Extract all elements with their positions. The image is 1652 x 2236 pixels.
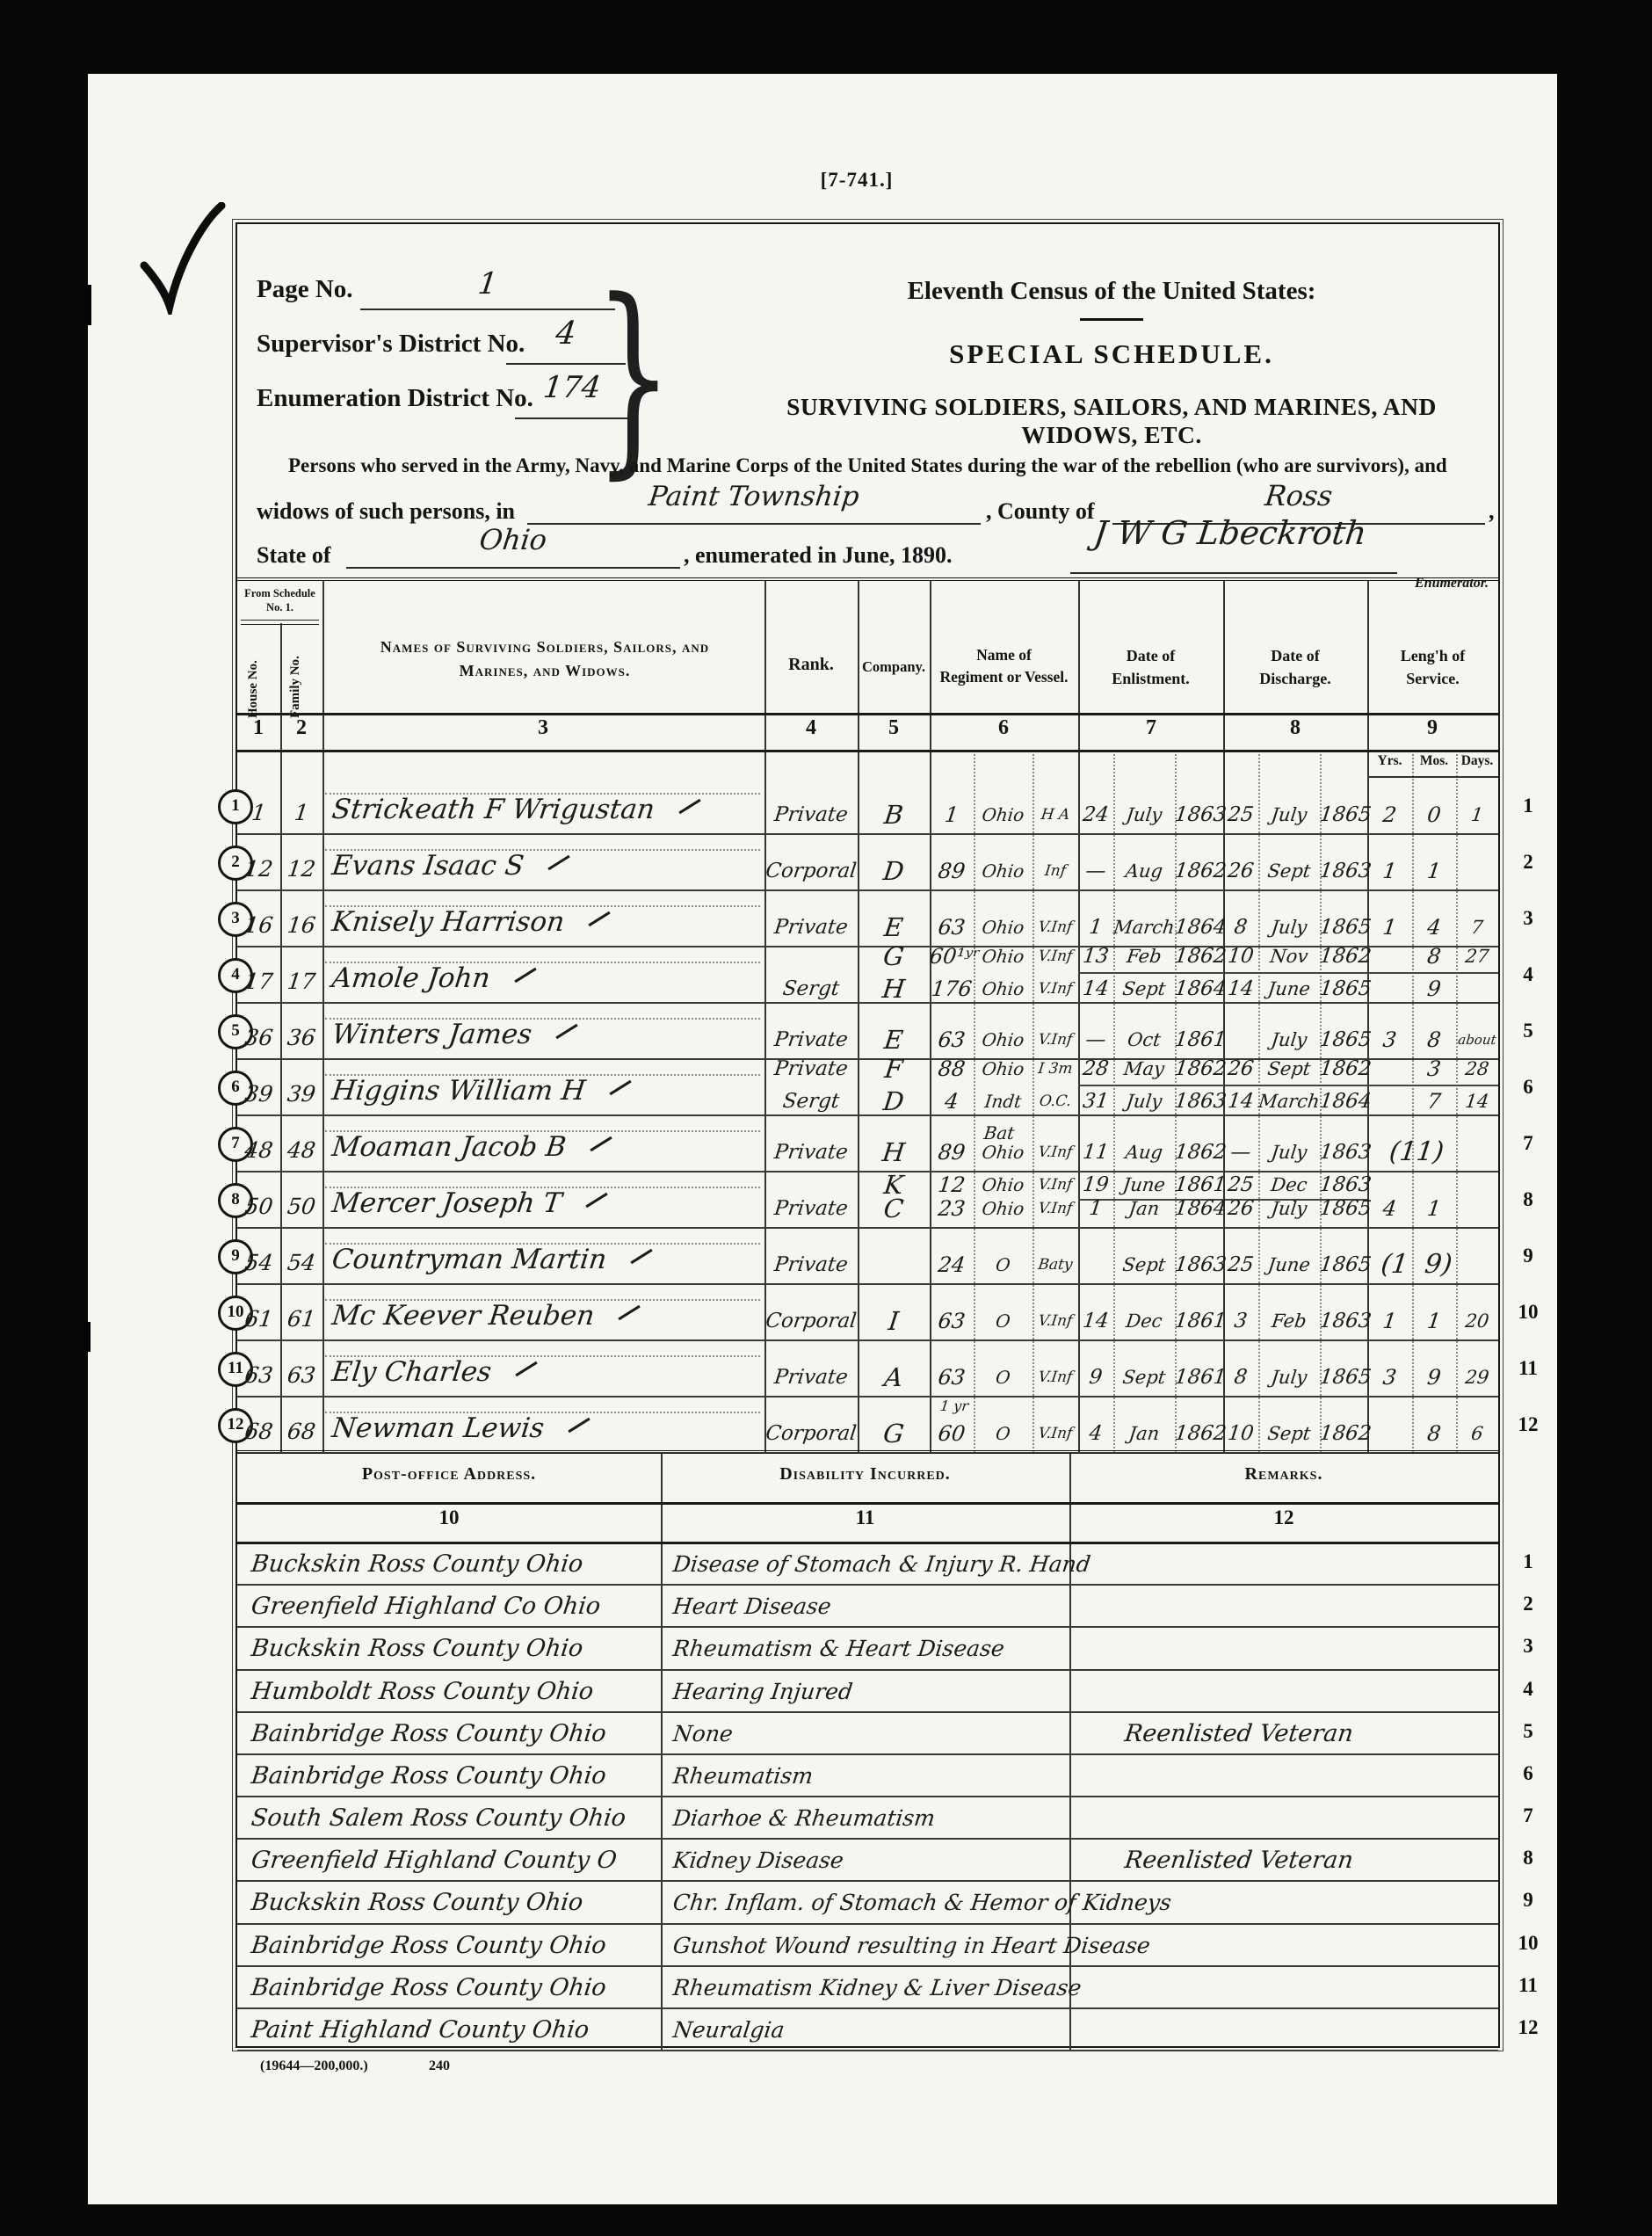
row-rule	[237, 1396, 1498, 1397]
cell-ey: 1862	[1173, 940, 1225, 972]
house-no-label: House No.	[246, 630, 261, 718]
cell-co: E	[856, 1024, 931, 1056]
cell-rst: Ohio	[972, 855, 1034, 887]
cell-days: 20	[1454, 1305, 1500, 1337]
address-cell: Greenfield Highland County O	[250, 1843, 658, 1878]
cell-dy: 1865	[1318, 973, 1369, 1005]
veteran-name-cell: Countryman Martin	[332, 1239, 763, 1280]
cell-rty: I 3m	[1031, 1053, 1080, 1085]
cell-ey: 1862	[1173, 1136, 1225, 1168]
row-number-right: 1	[1511, 795, 1546, 821]
veteran-name: Evans Isaac S	[330, 846, 526, 886]
address-cell: South Salem Ross County Ohio	[250, 1801, 658, 1836]
cell-co: D	[856, 855, 931, 887]
disability-cell: Gunshot Wound resulting in Heart Disease	[671, 1928, 1068, 1964]
veteran-name: Strickeath F Wrigustan	[330, 789, 657, 830]
cell-rno: 88	[928, 1053, 975, 1085]
cell-em: Jan	[1112, 1193, 1177, 1224]
row-number-right: 6	[1511, 1762, 1546, 1789]
cell-co: A	[856, 1361, 931, 1393]
pen-tick-mark	[568, 1418, 590, 1433]
cell-mos: 4	[1410, 911, 1458, 943]
cell-co: G	[856, 940, 931, 972]
header-rule	[237, 713, 1498, 715]
cell-yrs: 4	[1366, 1193, 1414, 1224]
cell-dm: June	[1257, 973, 1322, 1005]
cell-em: Jan	[1112, 1418, 1177, 1449]
row-rule	[237, 1965, 1498, 1967]
row-rule	[237, 1753, 1498, 1755]
discharge-col-label-1: Date of	[1271, 647, 1319, 664]
cell-dm: July	[1257, 911, 1322, 943]
title-block: Eleventh Census of the United States: SP…	[729, 277, 1494, 449]
pen-tick-mark	[678, 799, 700, 814]
cell-mos: 8	[1410, 1418, 1458, 1449]
form-code: [7-741.]	[725, 169, 989, 192]
cell-rank: Private	[763, 1193, 859, 1224]
house-number: 50	[235, 1190, 283, 1223]
family-number: 1	[279, 796, 325, 830]
cell-co: B	[856, 799, 931, 831]
address-cell: Bainbridge Ross County Ohio	[250, 1971, 658, 2006]
header-rule	[237, 1542, 1498, 1544]
veteran-name: Mc Keever Reuben	[330, 1296, 597, 1336]
cell-rst: O	[972, 1361, 1034, 1393]
enumerated-label: , enumerated in June, 1890.	[684, 542, 953, 569]
cell-rno: 63	[928, 1361, 975, 1393]
title-divider	[1080, 318, 1143, 321]
family-number: 36	[279, 1021, 325, 1055]
house-number: 1	[235, 796, 283, 830]
row-rule	[237, 1796, 1498, 1797]
remarks-col-label: Remarks.	[1069, 1464, 1498, 1485]
row-number-right: 5	[1511, 1720, 1546, 1746]
address-cell: Bainbridge Ross County Ohio	[250, 1759, 658, 1794]
cell-dy: 1865	[1318, 1193, 1369, 1224]
intro-line2-label: widows of such persons, in	[257, 498, 515, 525]
remarks-cell: Reenlisted Veteran	[1123, 1843, 1496, 1878]
cell-mos: 1	[1410, 1305, 1458, 1337]
row-rule	[237, 1626, 1498, 1628]
cell-days: 7	[1454, 911, 1500, 943]
pen-tick-mark	[631, 1249, 653, 1264]
supervisor-district-label: Supervisor's District No.	[257, 330, 525, 359]
col-number-4: 4	[785, 716, 837, 740]
cell-rty: V.Inf	[1031, 1024, 1080, 1056]
cell-dd: 10	[1221, 940, 1260, 972]
cell-dm: Sept	[1257, 855, 1322, 887]
cell-rno: 63	[928, 1305, 975, 1337]
cell-em: Oct	[1112, 1024, 1177, 1056]
veteran-name: Newman Lewis	[330, 1408, 547, 1448]
disability-cell: Rheumatism Kidney & Liver Disease	[671, 1971, 1068, 2006]
names-col-label: Names of Surviving Soldiers, Sailors, an…	[351, 635, 738, 683]
cell-ed: 11	[1076, 1136, 1115, 1168]
cell-rty: V.Inf	[1031, 1418, 1080, 1449]
cell-mos: 9	[1410, 973, 1458, 1005]
disability-cell: Neuralgia	[671, 2013, 1068, 2048]
cell-dm: Sept	[1257, 1053, 1322, 1085]
cell-rty: V.Inf	[1031, 1193, 1080, 1224]
row-number-right: 7	[1511, 1804, 1546, 1831]
row-rule	[237, 1923, 1498, 1925]
cell-rty: V.Inf	[1031, 911, 1080, 943]
veteran-name: Winters James	[330, 1014, 534, 1055]
row-rule	[237, 1227, 1498, 1229]
disability-cell: Chr. Inflam. of Stomach & Hemor of Kidne…	[671, 1885, 1068, 1920]
cell-ed: 31	[1076, 1085, 1115, 1117]
cell-rank: Private	[763, 911, 859, 943]
cell-dy: 1862	[1318, 940, 1369, 972]
cell-days: 29	[1454, 1361, 1500, 1393]
cell-rno: 63	[928, 1024, 975, 1056]
rank-col-label: Rank.	[764, 655, 858, 675]
row-rule	[237, 1669, 1498, 1671]
family-number: 17	[279, 965, 325, 998]
cell-em: Dec	[1112, 1305, 1177, 1337]
document-page: [7-741.] Page No. 1 Supervisor's Distric…	[88, 74, 1557, 2204]
cell-co: G	[856, 1418, 931, 1449]
service-table: From Schedule No. 1. House No. Family No…	[237, 577, 1498, 1452]
col-number-6: 6	[977, 716, 1030, 740]
row-number-right: 4	[1511, 963, 1546, 990]
cell-rty: V.Inf	[1031, 1136, 1080, 1168]
cell-dy: 1862	[1318, 1053, 1369, 1085]
cell-ey: 1861	[1173, 1361, 1225, 1393]
row-number-right: 8	[1511, 1188, 1546, 1215]
row-number-right: 9	[1511, 1889, 1546, 1915]
cell-mos: 1	[1410, 1193, 1458, 1224]
cell-service-span: (1 9)	[1366, 1249, 1467, 1281]
cell-rst: Ohio	[972, 1193, 1034, 1224]
row-rule	[237, 1880, 1498, 1882]
cell-dy: 1865	[1318, 799, 1369, 831]
cell-rst: O	[972, 1418, 1034, 1449]
checkmark-annotation	[130, 202, 228, 315]
cell-ey: 1862	[1173, 1418, 1225, 1449]
row-number-right: 7	[1511, 1132, 1546, 1158]
cell-co: H	[856, 1136, 931, 1168]
cell-dm: July	[1257, 799, 1322, 831]
col-number-9: 9	[1406, 716, 1459, 740]
veteran-name-cell: Winters James	[332, 1014, 763, 1055]
address-cell: Paint Highland County Ohio	[250, 2013, 658, 2048]
cell-rst: Ohio	[972, 1053, 1034, 1085]
cell-rank: Private	[763, 1361, 859, 1393]
cell-yrs: 3	[1366, 1361, 1414, 1393]
township-value: Paint Township	[525, 481, 982, 512]
cell-co: H	[856, 973, 931, 1005]
house-number: 16	[235, 909, 283, 942]
cell-dy: 1862	[1318, 1418, 1369, 1449]
pen-tick-mark	[547, 855, 569, 870]
col-number-2: 2	[275, 716, 328, 740]
cell-rst: Ohio	[972, 940, 1034, 972]
cell-dd: 10	[1221, 1418, 1260, 1449]
trailing-comma: ,	[1489, 498, 1495, 525]
cell-days: 6	[1454, 1418, 1500, 1449]
row-number-right: 6	[1511, 1076, 1546, 1102]
cell-rty: V.Inf	[1031, 1361, 1080, 1393]
pen-tick-mark	[619, 1305, 641, 1320]
intro-line1: Persons who served in the Army, Navy, an…	[288, 454, 1483, 477]
veteran-name: Knisely Harrison	[330, 902, 567, 942]
state-value: Ohio	[344, 523, 683, 556]
house-number: 12	[235, 853, 283, 886]
cell-dy: 1865	[1318, 1249, 1369, 1281]
county-value: Ross	[1111, 479, 1488, 512]
veteran-name: Moaman Jacob B	[330, 1127, 569, 1167]
veteran-name: Countryman Martin	[330, 1239, 609, 1280]
cell-ey: 1863	[1173, 1249, 1225, 1281]
row-number-right: 12	[1511, 1413, 1546, 1440]
cell-yrs: 1	[1366, 1305, 1414, 1337]
cell-co: F	[856, 1053, 931, 1085]
disability-cell: Diarhoe & Rheumatism	[671, 1801, 1068, 1836]
cell-days: 14	[1454, 1085, 1500, 1117]
cell-rst: Ohio	[972, 911, 1034, 943]
service-col-label: Leng'h of Service.	[1367, 644, 1498, 690]
family-number: 16	[279, 909, 325, 942]
cell-rst: O	[972, 1249, 1034, 1281]
cell-em: March	[1112, 911, 1177, 943]
cell-ey: 1864	[1173, 911, 1225, 943]
cell-dm: July	[1257, 1193, 1322, 1224]
cell-em: Aug	[1112, 1136, 1177, 1168]
cell-dy: 1865	[1318, 1361, 1369, 1393]
cell-rst: Ohio	[972, 1024, 1034, 1056]
row-number-right: 2	[1511, 851, 1546, 877]
cell-dd: 25	[1221, 1249, 1260, 1281]
cell-dd: 8	[1221, 911, 1260, 943]
cell-rank: Corporal	[763, 1418, 859, 1449]
cell-dm: Sept	[1257, 1418, 1322, 1449]
subject-title: SURVIVING SOLDIERS, SAILORS, AND MARINES…	[729, 393, 1494, 449]
pen-tick-mark	[555, 1024, 577, 1039]
service-col-label-1: Leng'h of	[1401, 647, 1466, 664]
cell-rno: 89	[928, 855, 975, 887]
address-table: Post-office Address. Disability Incurred…	[237, 1450, 1498, 2050]
cell-rst: Ohio	[972, 799, 1034, 831]
cell-dd: 3	[1221, 1305, 1260, 1337]
disability-cell: Disease of Stomach & Injury R. Hand	[671, 1547, 1068, 1582]
cell-dd: 26	[1221, 1193, 1260, 1224]
regiment-col-label: Name of Regiment or Vessel.	[930, 644, 1078, 688]
row-rule	[237, 1711, 1498, 1713]
cell-dy: 1865	[1318, 1024, 1369, 1056]
cell-days: about	[1454, 1024, 1500, 1056]
service-col-label-2: Service.	[1406, 670, 1459, 687]
row-number-right: 11	[1511, 1357, 1546, 1383]
cell-yrs: 1	[1366, 911, 1414, 943]
service-subheader-rule	[1367, 776, 1498, 778]
cell-ey: 1861	[1173, 1024, 1225, 1056]
pen-tick-mark	[590, 1136, 612, 1151]
cell-dm: June	[1257, 1249, 1322, 1281]
disability-cell: None	[671, 1717, 1068, 1752]
address-cell: Buckskin Ross County Ohio	[250, 1631, 658, 1666]
header-rule	[237, 750, 1498, 752]
cell-dy: 1863	[1318, 1136, 1369, 1168]
cell-em: Aug	[1112, 855, 1177, 887]
scan-artifact	[83, 285, 91, 325]
col-number-8: 8	[1269, 716, 1322, 740]
cell-ey: 1861	[1173, 1305, 1225, 1337]
veteran-name: Ely Charles	[330, 1352, 494, 1392]
cell-ed: —	[1076, 855, 1115, 887]
cell-dm: July	[1257, 1024, 1322, 1056]
header-rule	[237, 1502, 1498, 1505]
discharge-col-label-2: Discharge.	[1259, 670, 1330, 687]
enumeration-district-label: Enumeration District No.	[257, 384, 533, 413]
disability-cell: Rheumatism & Heart Disease	[671, 1631, 1068, 1666]
cell-ed: 14	[1076, 1305, 1115, 1337]
cell-ey: 1862	[1173, 855, 1225, 887]
cell-mos: 0	[1410, 799, 1458, 831]
pen-tick-mark	[514, 968, 536, 983]
page-no-value: 1	[359, 266, 618, 301]
address-cell: Humboldt Ross County Ohio	[250, 1674, 658, 1710]
house-number: 63	[235, 1359, 283, 1392]
row-rule	[237, 1584, 1498, 1586]
cell-em: Sept	[1112, 1249, 1177, 1281]
row-rule	[237, 2050, 1498, 2051]
page-no-label: Page No.	[257, 275, 353, 304]
cell-rty: Baty	[1031, 1249, 1080, 1281]
enumerator-signature: J W G Lbeckroth	[1043, 514, 1417, 552]
cell-rank: Private	[763, 1249, 859, 1281]
cell-ed: 13	[1076, 940, 1115, 972]
cell-dm: March	[1257, 1085, 1322, 1117]
days-sublabel: Days.	[1456, 753, 1498, 769]
cell-dd: 14	[1221, 973, 1260, 1005]
cell-dm: Nov	[1257, 940, 1322, 972]
family-number: 12	[279, 853, 325, 886]
row-number-right: 8	[1511, 1847, 1546, 1873]
cell-rst: Indt Bat	[972, 1085, 1034, 1117]
family-number: 63	[279, 1359, 325, 1392]
cell-rno: 60¹ʸʳ	[928, 940, 975, 972]
row-number-right: 10	[1511, 1932, 1546, 1958]
cell-dm: July	[1257, 1361, 1322, 1393]
col-number-12: 12	[1069, 1506, 1498, 1529]
cell-ey: 1864	[1173, 1193, 1225, 1224]
veteran-name-cell: Ely Charles	[332, 1352, 763, 1392]
address-cell: Greenfield Highland Co Ohio	[250, 1589, 658, 1624]
cell-rno: 60	[928, 1418, 975, 1449]
veteran-name-cell: Higgins William H	[332, 1071, 763, 1111]
cell-mos: 7	[1410, 1085, 1458, 1117]
row-number-right: 12	[1511, 2016, 1546, 2043]
veteran-name-cell: Evans Isaac S	[332, 846, 763, 886]
cell-co: E	[856, 911, 931, 943]
cell-ey: 1863	[1173, 799, 1225, 831]
row-number-right: 9	[1511, 1245, 1546, 1271]
pen-tick-mark	[589, 911, 611, 926]
veteran-name: Mercer Joseph T	[330, 1183, 564, 1223]
row-rule	[237, 1339, 1498, 1341]
disability-cell: Kidney Disease	[671, 1843, 1068, 1878]
pen-tick-mark	[609, 1080, 631, 1095]
enlistment-col-label: Date of Enlistment.	[1078, 644, 1223, 690]
discharge-col-label: Date of Discharge.	[1223, 644, 1367, 690]
cell-dd: 26	[1221, 855, 1260, 887]
row-number-right: 3	[1511, 1635, 1546, 1661]
house-number: 36	[235, 1021, 283, 1055]
cell-co: C	[856, 1193, 931, 1224]
census-title: Eleventh Census of the United States:	[729, 277, 1494, 306]
cell-dd: 26	[1221, 1053, 1260, 1085]
pen-tick-mark	[585, 1193, 607, 1208]
veteran-name-cell: Mercer Joseph T	[332, 1183, 763, 1223]
census-scan: [7-741.] Page No. 1 Supervisor's Distric…	[0, 0, 1652, 2236]
form-box: Page No. 1 Supervisor's District No. 4 E…	[235, 222, 1500, 2048]
row-number-right: 5	[1511, 1020, 1546, 1046]
form-number: 240	[429, 2058, 450, 2074]
cell-ey: 1862	[1173, 1053, 1225, 1085]
cell-ey: 1864	[1173, 973, 1225, 1005]
cell-rank: Private	[763, 1136, 859, 1168]
cell-rty: O.C.	[1031, 1085, 1080, 1117]
cell-dm: July	[1257, 1136, 1322, 1168]
cell-rno: 1	[928, 799, 975, 831]
row-number-right: 11	[1511, 1974, 1546, 2000]
family-no-label: Family No.	[288, 630, 303, 718]
cell-rty: V.Inf	[1031, 940, 1080, 972]
veteran-name-cell: Amole John	[332, 958, 763, 998]
cell-yrs: 2	[1366, 799, 1414, 831]
cell-ed: 14	[1076, 973, 1115, 1005]
cell-rty: V.Inf	[1031, 973, 1080, 1005]
state-label: State of	[257, 542, 330, 569]
cell-rno: 176	[928, 973, 975, 1005]
cell-rno: 24	[928, 1249, 975, 1281]
pen-tick-mark	[515, 1361, 537, 1376]
cell-days: 27	[1454, 940, 1500, 972]
address-cell: Bainbridge Ross County Ohio	[250, 1928, 658, 1964]
house-number: 61	[235, 1303, 283, 1336]
cell-em: Feb	[1112, 940, 1177, 972]
cell-dd: 8	[1221, 1361, 1260, 1393]
cell-ed: —	[1076, 1024, 1115, 1056]
row-rule	[237, 889, 1498, 891]
col-number-5: 5	[867, 716, 920, 740]
cell-yrs: 1	[1366, 855, 1414, 887]
row-rule	[237, 2007, 1498, 2009]
cell-yrs: 3	[1366, 1024, 1414, 1056]
cell-mos: 3	[1410, 1053, 1458, 1085]
cell-service-span: (11)	[1366, 1136, 1467, 1168]
address-cell: Bainbridge Ross County Ohio	[250, 1717, 658, 1752]
veteran-name-cell: Moaman Jacob B	[332, 1127, 763, 1167]
schedule-title: SPECIAL SCHEDULE.	[729, 338, 1494, 370]
cell-ed: 24	[1076, 799, 1115, 831]
enlistment-col-label-1: Date of	[1127, 647, 1175, 664]
cell-rank: Sergt	[763, 973, 859, 1005]
disability-cell: Hearing Injured	[671, 1674, 1068, 1710]
house-number: 48	[235, 1134, 283, 1167]
cell-em: July	[1112, 1085, 1177, 1117]
cell-co: I	[856, 1305, 931, 1337]
cell-dy: 1863	[1318, 1305, 1369, 1337]
col-number-7: 7	[1125, 716, 1177, 740]
cell-dd: 14	[1221, 1085, 1260, 1117]
cell-em: Sept	[1112, 973, 1177, 1005]
remarks-cell: Reenlisted Veteran	[1123, 1717, 1496, 1752]
col-number-11: 11	[661, 1506, 1069, 1529]
schedule-note: From Schedule No. 1.	[237, 586, 322, 614]
column-line	[322, 581, 324, 1452]
